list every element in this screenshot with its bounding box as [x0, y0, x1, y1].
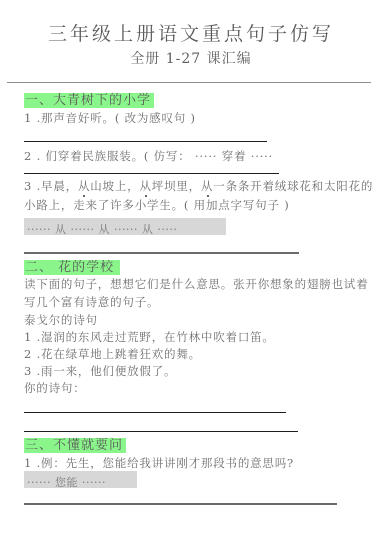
pattern-box: ······ 您能 ······	[24, 471, 137, 488]
s3-item-1: 1 .例：先生，您能给我讲讲刚才那段书的意思吗?	[24, 455, 294, 471]
s1-item-3-line1: 3 .早晨，从山坡上，从坪坝里，从一条条开着绒球花和太阳花的	[24, 178, 373, 194]
s1-item-1: 1 .那声音好听。( 改为感叹句 )	[24, 110, 196, 126]
pattern-text: ······ 从 ······ 从 ······ 从 ·····	[24, 223, 180, 236]
document-title: 三年级上册语文重点句子仿写	[0, 22, 382, 46]
s2-prompt: 你的诗句：	[24, 380, 86, 396]
text-fragment: 一条条开着绒球花和太阳花的	[213, 179, 373, 193]
text-fragment: 3 .早晨，	[24, 179, 78, 193]
pattern-text: ······ 您能 ······	[24, 476, 109, 489]
s2-poem-line-1: 1 .湿润的东风走过荒野，在竹林中吹着口笛。	[24, 329, 275, 345]
text-fragment: 山坡上，	[90, 179, 139, 193]
s2-poem-title: 泰戈尔的诗句	[24, 312, 98, 328]
s2-poem-line-2: 2 .花在绿草地上跳着狂欢的舞。	[24, 346, 201, 362]
s1-item-3-line2: 小路上，走来了许多小学生。( 用加点字写句子 )	[24, 197, 289, 213]
section-2-heading: 二、 花的学校	[24, 256, 120, 277]
answer-line[interactable]	[24, 503, 337, 505]
section-heading-highlight: 二、 花的学校	[24, 260, 120, 275]
header-divider	[7, 82, 371, 83]
s2-poem-line-3: 3 .雨一来，他们便放假了。	[24, 363, 176, 379]
answer-line[interactable]	[24, 431, 298, 432]
text-fragment: 坪坝里，	[152, 179, 201, 193]
document-subtitle: 全册 1-27 课汇编	[0, 50, 382, 68]
section-1-heading: 一、大青树下的小学	[24, 89, 154, 110]
s2-intro-line2: 写几个富有诗意的句子。	[24, 294, 159, 310]
answer-line[interactable]	[24, 252, 299, 254]
section-heading-highlight: 三、不懂就要问	[24, 438, 126, 453]
section-heading-highlight: 一、大青树下的小学	[24, 93, 154, 108]
pattern-box: ······ 从 ······ 从 ······ 从 ·····	[24, 218, 226, 235]
emphasized-char: 从	[78, 178, 90, 194]
emphasized-char: 从	[201, 178, 213, 194]
emphasized-char: 从	[139, 178, 151, 194]
s1-item-2: 2 . 们穿着民族服装。( 仿写： ····· 穿着 ·····	[24, 148, 273, 164]
section-3-heading: 三、不懂就要问	[24, 434, 126, 455]
answer-line[interactable]	[24, 173, 279, 174]
answer-line[interactable]	[24, 141, 267, 142]
s2-intro-line1: 读下面的句子，想想它们是什么意思。张开你想象的翅膀也试着	[24, 276, 368, 292]
answer-line[interactable]	[24, 412, 286, 413]
